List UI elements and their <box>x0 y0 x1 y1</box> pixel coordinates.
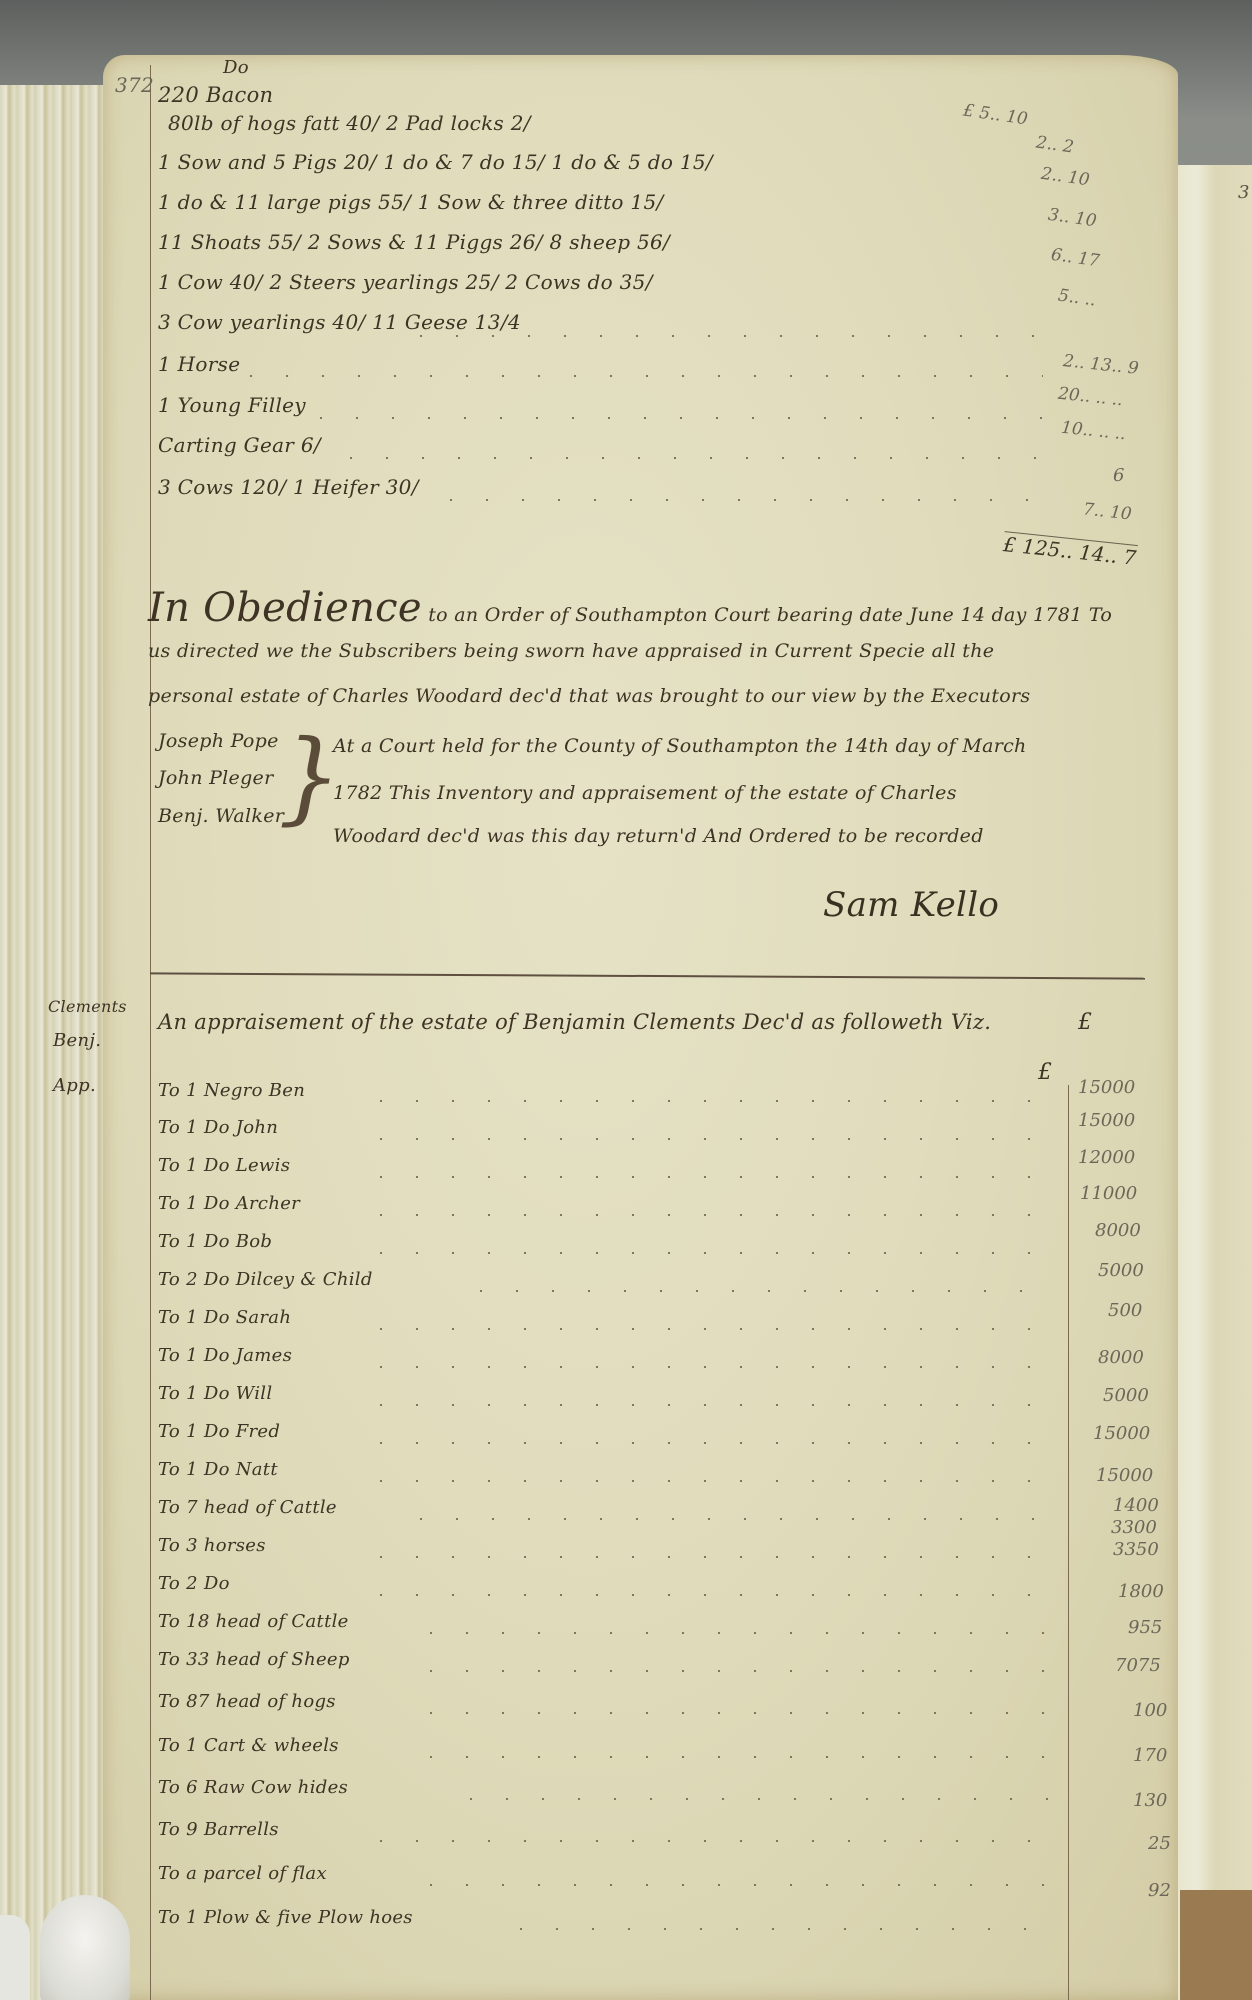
money-column-rule <box>1068 1085 1069 2000</box>
s1-amount-1: 2.. 2 <box>1035 132 1075 157</box>
leader-dots <box>413 1884 1053 1886</box>
gloved-finger <box>0 1915 30 2000</box>
s1-item-1: 80lb of hogs fatt 40/ 2 Pad locks 2/ <box>168 111 531 135</box>
leader-dots <box>363 1840 1053 1842</box>
heading-currency: £ <box>1078 1010 1092 1035</box>
s2-amount-13: 3350 <box>1113 1539 1159 1560</box>
s2-item-19: To 9 Barrells <box>158 1819 279 1840</box>
s2-amount-4: 8000 <box>1095 1220 1141 1241</box>
s1-amount-7: 20.. .. .. <box>1057 384 1124 411</box>
leader-dots <box>413 1632 1053 1634</box>
leader-dots <box>413 1670 1053 1672</box>
s2-amount-18: 170 <box>1133 1745 1167 1766</box>
s2-amount-1: 15000 <box>1078 1110 1135 1131</box>
s2-amount-8: 5000 <box>1103 1385 1149 1406</box>
certification-line-1-text: to an Order of Southampton Court bearing… <box>428 604 1112 626</box>
continuation-mark: Do <box>223 57 249 78</box>
s2-amount-21: 92 <box>1148 1880 1171 1901</box>
leader-dots <box>453 1798 1053 1800</box>
s2-item-16: To 87 head of hogs <box>158 1691 336 1712</box>
s2-amount-20: 25 <box>1148 1833 1171 1854</box>
s1-total: £ 125.. 14.. 7 <box>1002 531 1137 570</box>
leader-dots <box>503 1928 1053 1930</box>
table-surface <box>1180 1890 1252 2000</box>
s2-amount-15: 955 <box>1128 1617 1162 1638</box>
facing-page-number: 3 <box>1238 182 1249 203</box>
s2-item-2: To 1 Do Lewis <box>158 1155 290 1176</box>
s2-amount-0: 15000 <box>1078 1077 1135 1098</box>
s1-amount-2: 2.. 10 <box>1040 164 1091 191</box>
s1-amount-10: 7.. 10 <box>1082 500 1132 525</box>
column-currency: £ <box>1038 1060 1052 1085</box>
appraiser-1: Joseph Pope <box>158 730 279 752</box>
leader-dots <box>363 1442 1053 1444</box>
s2-amount-7: 8000 <box>1098 1347 1144 1368</box>
s1-amount-4: 6.. 17 <box>1050 245 1101 272</box>
s2-item-4: To 1 Do Bob <box>158 1231 272 1252</box>
leader-dots <box>333 457 1043 459</box>
margin-note-1: Clements <box>48 997 127 1016</box>
gloved-thumb <box>40 1895 130 2000</box>
s1-amount-8: 10.. .. .. <box>1060 418 1127 445</box>
court-line-1: At a Court held for the County of Southa… <box>333 735 1027 757</box>
s2-item-6: To 1 Do Sarah <box>158 1307 291 1328</box>
leader-dots <box>363 1100 1053 1102</box>
margin-rule <box>150 65 151 2000</box>
s1-amount-9: 6 <box>1113 465 1124 486</box>
s2-item-18: To 6 Raw Cow hides <box>158 1777 348 1798</box>
court-line-2: 1782 This Inventory and appraisement of … <box>333 782 957 804</box>
s2-item-1: To 1 Do John <box>158 1117 278 1138</box>
s2-item-10: To 1 Do Natt <box>158 1459 278 1480</box>
leader-dots <box>363 1176 1053 1178</box>
s1-item-10: 3 Cows 120/ 1 Heifer 30/ <box>158 475 419 499</box>
leader-dots <box>363 1556 1053 1558</box>
ornate-initial: In Obedience <box>148 585 422 631</box>
leader-dots <box>363 1366 1053 1368</box>
s1-item-3: 1 do & 11 large pigs 55/ 1 Sow & three d… <box>158 190 664 214</box>
leader-dots <box>363 1480 1053 1482</box>
appraisement-heading: An appraisement of the estate of Benjami… <box>158 1010 991 1034</box>
s2-item-15: To 33 head of Sheep <box>158 1649 350 1670</box>
leader-dots <box>363 1594 1053 1596</box>
s2-amount-12: 3300 <box>1111 1517 1157 1538</box>
s2-item-3: To 1 Do Archer <box>158 1193 300 1214</box>
certification-line-1: In Obedience to an Order of Southampton … <box>148 585 1112 631</box>
s1-item-4: 11 Shoats 55/ 2 Sows & 11 Piggs 26/ 8 sh… <box>158 230 670 254</box>
leader-dots <box>233 375 1043 377</box>
s2-item-14: To 18 head of Cattle <box>158 1611 349 1632</box>
s2-item-17: To 1 Cart & wheels <box>158 1735 339 1756</box>
leader-dots <box>363 1252 1053 1254</box>
s2-amount-16: 7075 <box>1115 1655 1161 1676</box>
s2-item-13: To 2 Do <box>158 1573 230 1594</box>
leader-dots <box>413 1756 1053 1758</box>
s2-amount-3: 11000 <box>1080 1183 1137 1204</box>
s2-amount-14: 1800 <box>1118 1581 1164 1602</box>
s2-item-0: To 1 Negro Ben <box>158 1080 305 1101</box>
leader-dots <box>403 1518 1053 1520</box>
leader-dots <box>363 1138 1053 1140</box>
s1-item-0: 220 Bacon <box>158 83 273 107</box>
s1-item-7: 1 Horse <box>158 352 240 376</box>
s1-item-2: 1 Sow and 5 Pigs 20/ 1 do & 7 do 15/ 1 d… <box>158 150 713 174</box>
appraiser-2: John Pleger <box>158 767 273 789</box>
s2-amount-9: 15000 <box>1093 1423 1150 1444</box>
court-line-3: Woodard dec'd was this day return'd And … <box>333 825 984 847</box>
leader-dots <box>363 1404 1053 1406</box>
s1-amount-6: 2.. 13.. 9 <box>1062 351 1139 379</box>
s2-amount-17: 100 <box>1133 1700 1167 1721</box>
certification-line-2: us directed we the Subscribers being swo… <box>148 640 994 662</box>
margin-note-2: Benj. <box>53 1030 101 1051</box>
s1-item-8: 1 Young Filley <box>158 393 306 417</box>
s2-item-11: To 7 head of Cattle <box>158 1497 337 1518</box>
leader-dots <box>363 1328 1053 1330</box>
s1-item-9: Carting Gear 6/ <box>158 433 321 457</box>
s2-item-7: To 1 Do James <box>158 1345 292 1366</box>
s2-amount-6: 500 <box>1108 1300 1142 1321</box>
s2-amount-11: 1400 <box>1113 1495 1159 1516</box>
s2-amount-5: 5000 <box>1098 1260 1144 1281</box>
page-number: 372 <box>115 73 154 97</box>
s2-amount-10: 15000 <box>1096 1465 1153 1486</box>
leader-dots <box>463 1290 1053 1292</box>
certification-line-3: personal estate of Charles Woodard dec'd… <box>148 685 1030 707</box>
leader-dots <box>303 417 1043 419</box>
margin-note-3: App. <box>53 1075 96 1096</box>
s1-amount-5: 5.. .. <box>1057 285 1097 310</box>
leader-dots <box>363 1214 1053 1216</box>
appraiser-3: Benj. Walker <box>158 805 284 827</box>
leader-dots <box>433 499 1043 501</box>
s1-item-6: 3 Cow yearlings 40/ 11 Geese 13/4 <box>158 310 521 334</box>
section-divider <box>150 972 1145 979</box>
s1-amount-0: £ 5.. 10 <box>962 101 1029 130</box>
s2-item-8: To 1 Do Will <box>158 1383 272 1404</box>
s2-item-21: To 1 Plow & five Plow hoes <box>158 1907 413 1928</box>
s1-amount-3: 3.. 10 <box>1047 205 1098 232</box>
ledger-page: 372 Do 220 Bacon 80lb of hogs fatt 40/ 2… <box>103 55 1178 2000</box>
s2-item-5: To 2 Do Dilcey & Child <box>158 1269 373 1290</box>
s2-amount-19: 130 <box>1133 1790 1167 1811</box>
leader-dots <box>403 335 1043 337</box>
s1-item-5: 1 Cow 40/ 2 Steers yearlings 25/ 2 Cows … <box>158 270 653 294</box>
s2-item-9: To 1 Do Fred <box>158 1421 280 1442</box>
leader-dots <box>413 1712 1053 1714</box>
s2-item-20: To a parcel of flax <box>158 1863 327 1884</box>
s2-item-12: To 3 horses <box>158 1535 266 1556</box>
clerk-signature: Sam Kello <box>823 885 999 925</box>
s2-amount-2: 12000 <box>1078 1147 1135 1168</box>
